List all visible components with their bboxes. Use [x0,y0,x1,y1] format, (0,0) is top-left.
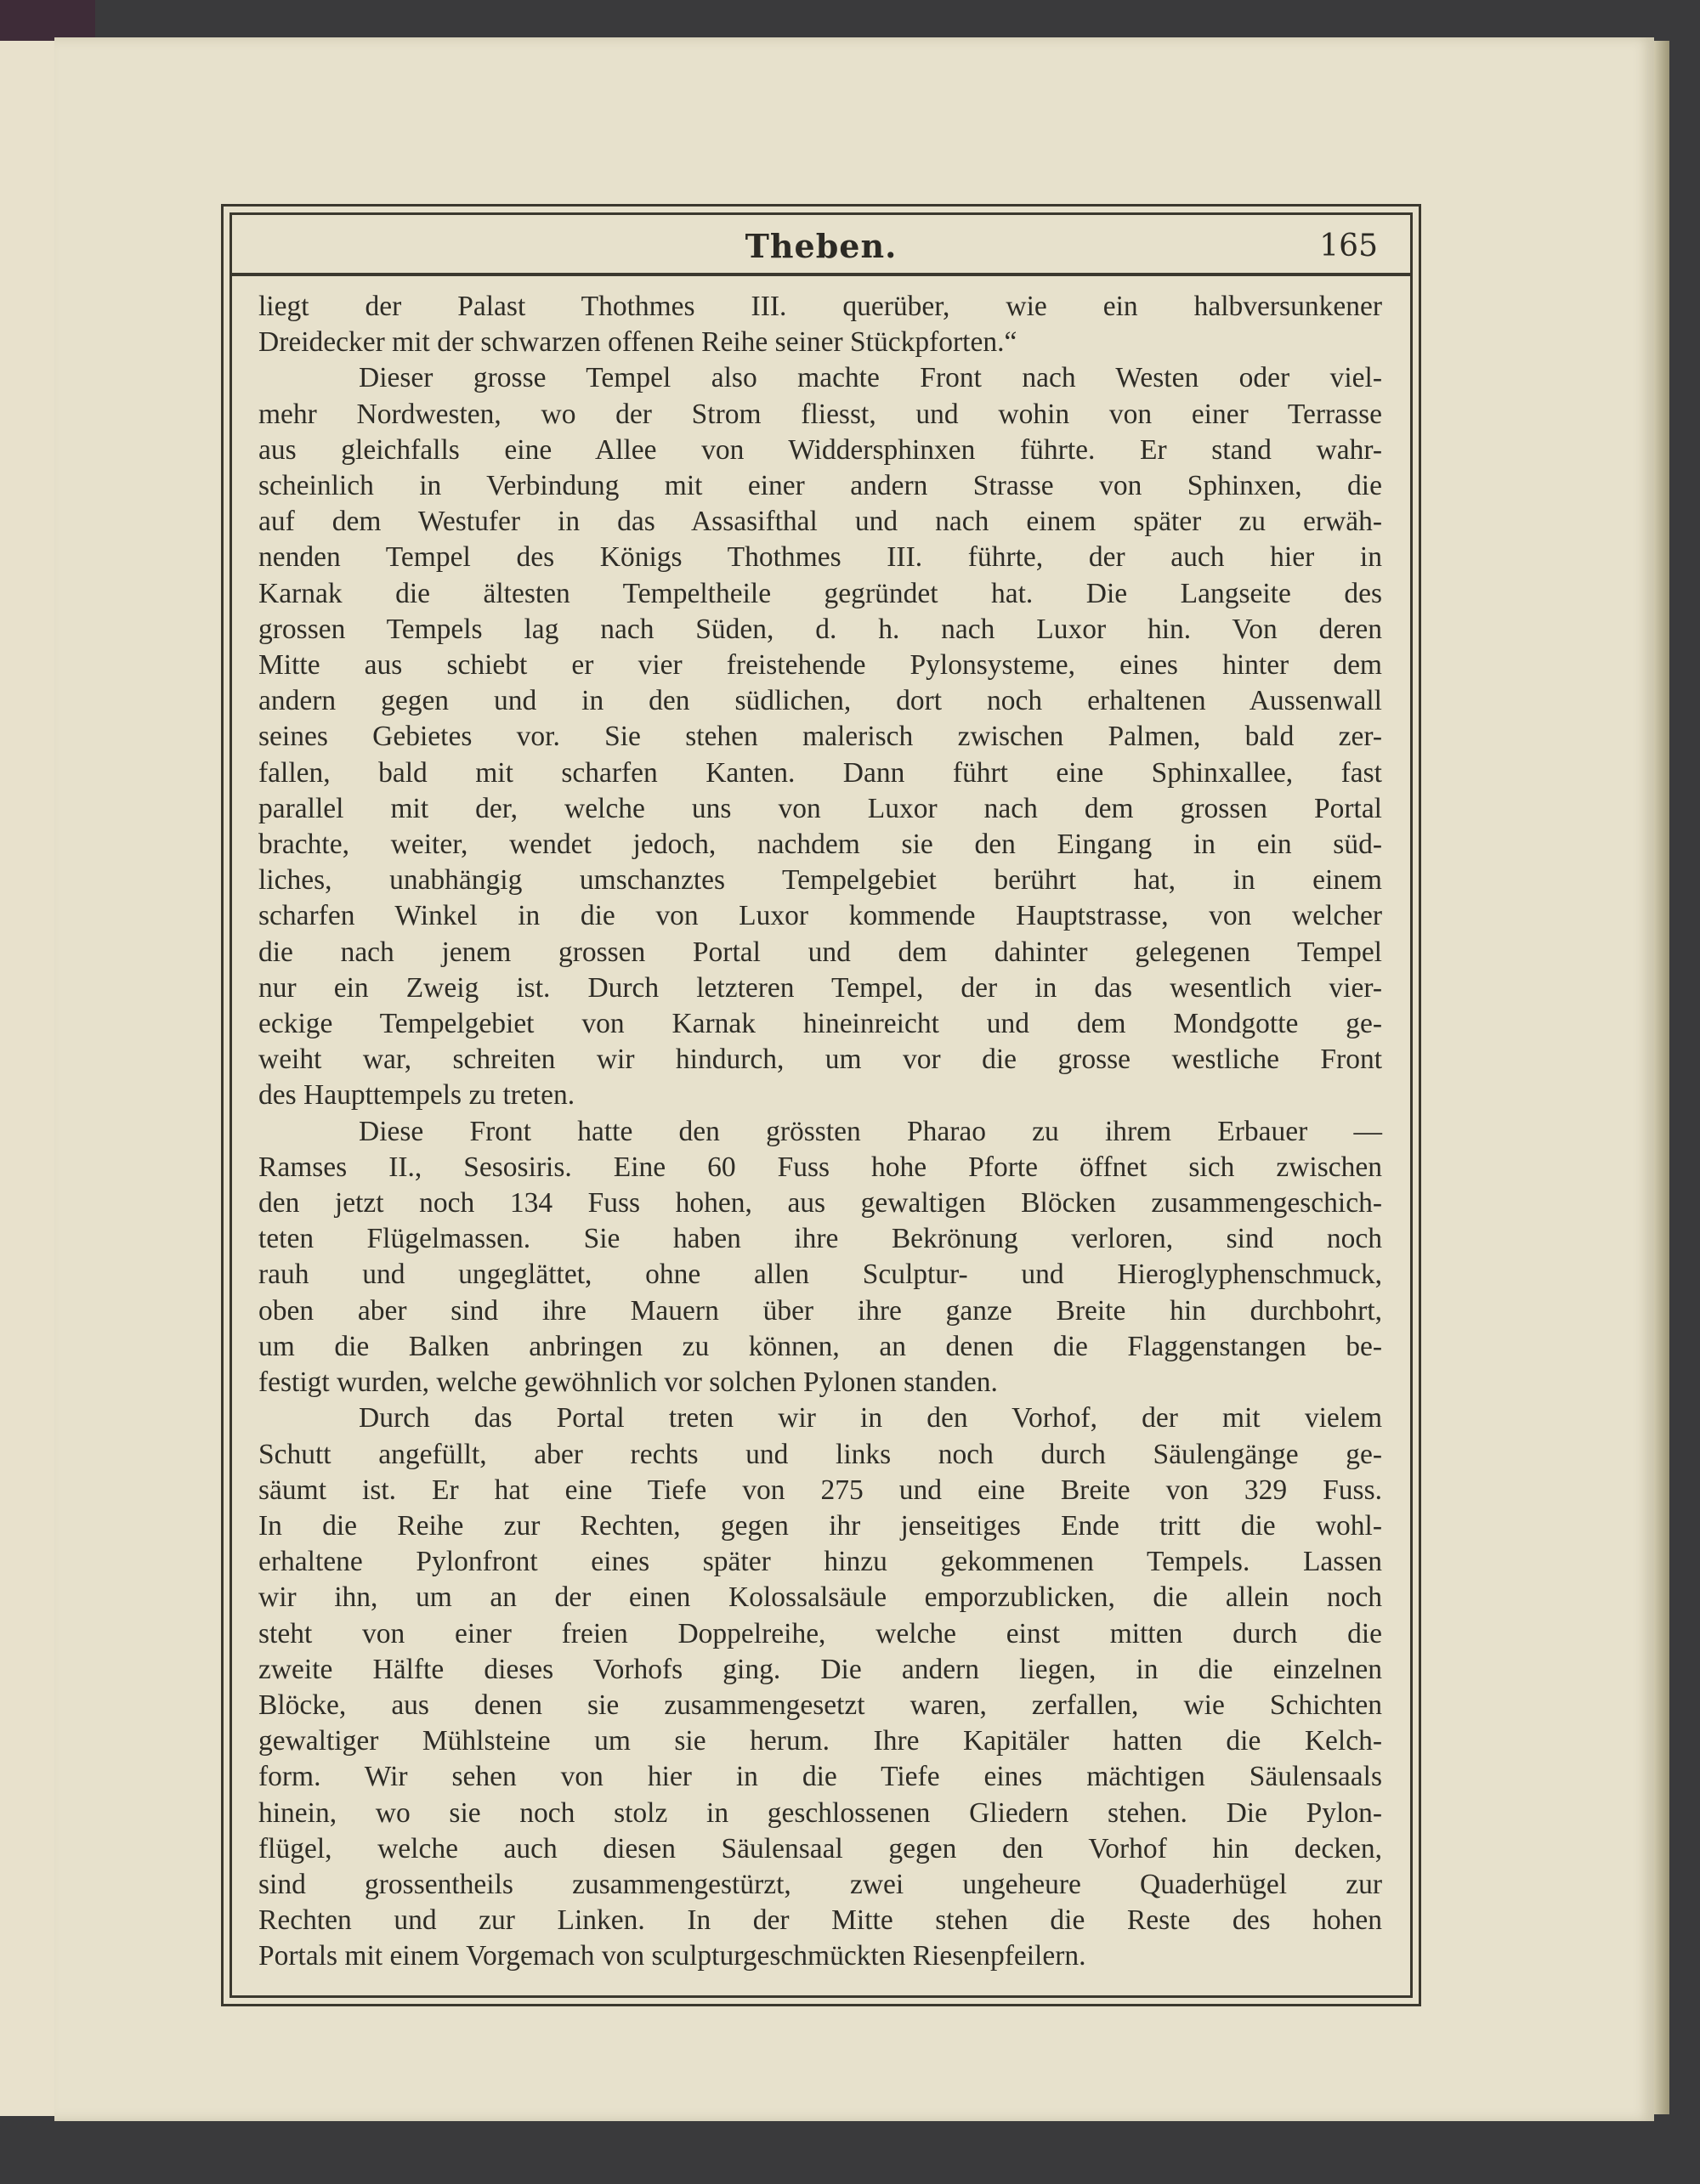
text-line: weiht war, schreiten wir hindurch, um vo… [258,1042,1382,1078]
text-line: Rechten und zur Linken. In der Mitte ste… [258,1903,1382,1938]
book-binding [0,0,95,41]
text-line: scharfen Winkel in die von Luxor kommend… [258,898,1382,934]
text-line: Schutt angefüllt, aber rechts und links … [258,1437,1382,1473]
text-line: die nach jenem grossen Portal und dem da… [258,935,1382,970]
text-line: Karnak die ältesten Tempeltheile gegründ… [258,576,1382,612]
text-line: wir ihn, um an der einen Kolossalsäule e… [258,1580,1382,1615]
text-line: Dieser grosse Tempel also machte Front n… [258,360,1382,396]
text-line: liegt der Palast Thothmes III. querüber,… [258,289,1382,325]
text-line: grossen Tempels lag nach Süden, d. h. na… [258,612,1382,648]
text-line: Ramses II., Sesosiris. Eine 60 Fuss hohe… [258,1150,1382,1185]
text-line: aus gleichfalls eine Allee von Widdersph… [258,433,1382,468]
text-line: gewaltiger Mühlsteine um sie herum. Ihre… [258,1723,1382,1759]
text-line: Diese Front hatte den grössten Pharao zu… [258,1114,1382,1150]
page-header: Theben. 165 [232,215,1410,276]
text-line: Portals mit einem Vorgemach von sculptur… [258,1938,1382,1974]
text-line: scheinlich in Verbindung mit einer ander… [258,468,1382,504]
text-line: den jetzt noch 134 Fuss hohen, aus gewal… [258,1185,1382,1221]
text-line: Durch das Portal treten wir in den Vorho… [258,1400,1382,1436]
text-line: hinein, wo sie noch stolz in geschlossen… [258,1796,1382,1831]
running-head: Theben. [232,227,1410,265]
text-line: brachte, weiter, wendet jedoch, nachdem … [258,827,1382,863]
text-line: oben aber sind ihre Mauern über ihre gan… [258,1293,1382,1329]
page-number: 165 [1319,229,1378,263]
text-line: parallel mit der, welche uns von Luxor n… [258,791,1382,827]
text-line: flügel, welche auch diesen Säulensaal ge… [258,1831,1382,1867]
text-line: seines Gebietes vor. Sie stehen malerisc… [258,719,1382,755]
facing-page-edge [0,0,56,2116]
text-line: festigt wurden, welche gewöhnlich vor so… [258,1365,1382,1400]
text-line: nur ein Zweig ist. Durch letzteren Tempe… [258,970,1382,1006]
text-line: zweite Hälfte dieses Vorhofs ging. Die a… [258,1652,1382,1688]
body-text: liegt der Palast Thothmes III. querüber,… [258,289,1382,1975]
text-line: fallen, bald mit scharfen Kanten. Dann f… [258,755,1382,791]
text-line: Mitte aus schiebt er vier freistehende P… [258,648,1382,683]
text-line: steht von einer freien Doppelreihe, welc… [258,1616,1382,1652]
text-line: Blöcke, aus denen sie zusammengesetzt wa… [258,1688,1382,1723]
text-line: säumt ist. Er hat eine Tiefe von 275 und… [258,1473,1382,1508]
text-line: mehr Nordwesten, wo der Strom fliesst, u… [258,397,1382,433]
text-line: um die Balken anbringen zu können, an de… [258,1329,1382,1365]
text-line: eckige Tempelgebiet von Karnak hineinrei… [258,1006,1382,1042]
text-line: auf dem Westufer in das Assasifthal und … [258,504,1382,540]
text-line: nenden Tempel des Königs Thothmes III. f… [258,540,1382,575]
text-line: Dreidecker mit der schwarzen offenen Rei… [258,325,1382,360]
text-line: andern gegen und in den südlichen, dort … [258,683,1382,719]
text-line: teten Flügelmassen. Sie haben ihre Bekrö… [258,1221,1382,1257]
text-line: form. Wir sehen von hier in die Tiefe ei… [258,1759,1382,1795]
text-line: liches, unabhängig umschanztes Tempelgeb… [258,863,1382,898]
text-line: rauh und ungeglättet, ohne allen Sculptu… [258,1257,1382,1293]
page-stack-edge [1654,41,1669,2114]
text-line: erhaltene Pylonfront eines später hinzu … [258,1544,1382,1580]
text-line: sind grossentheils zusammengestürzt, zwe… [258,1867,1382,1903]
text-line: In die Reihe zur Rechten, gegen ihr jens… [258,1508,1382,1544]
text-line: des Haupttempels zu treten. [258,1078,1382,1113]
